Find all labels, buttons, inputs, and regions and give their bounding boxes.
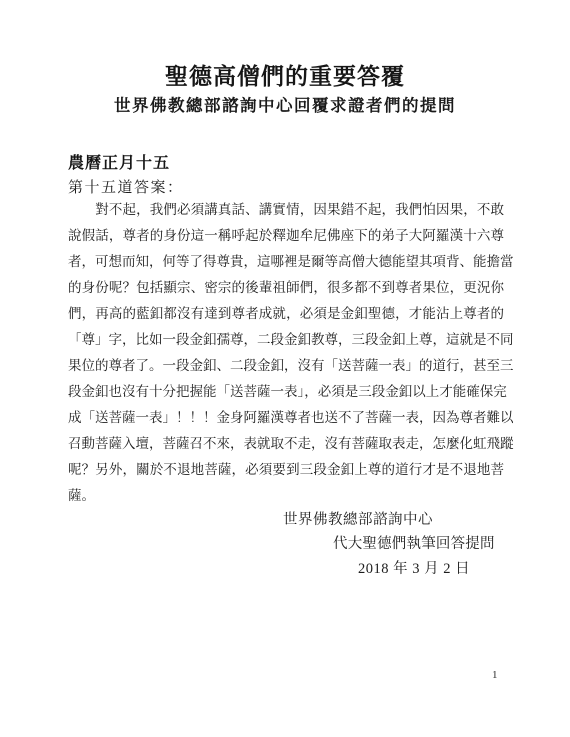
body-line: 召動菩薩入壇，菩薩召不來，表就取不走，沒有菩薩取表走，怎麼化虹飛蹤 <box>68 431 504 457</box>
body-line: 段金釦也沒有十分把握能「送菩薩一表」，必須是三段金釦以上才能確保完 <box>68 379 504 405</box>
answer-number-label: 第十五道答案： <box>68 176 184 197</box>
body-line: 對不起，我們必須講真話、講實情，因果錯不起，我們怕因果，不敢 <box>68 197 504 223</box>
body-line: 說假話，尊者的身份這一稱呼起於釋迦牟尼佛座下的弟子大阿羅漢十六尊 <box>68 223 504 249</box>
body-line: 薩。 <box>68 483 504 509</box>
signature-organization: 世界佛教總部諮詢中心 <box>283 508 433 529</box>
body-line: 的身份呢？包括顯宗、密宗的後輩祖師們，很多都不到尊者果位，更況你 <box>68 275 504 301</box>
body-paragraph: 對不起，我們必須講真話、講實情，因果錯不起，我們怕因果，不敢 說假話，尊者的身份… <box>68 197 504 509</box>
document-page: 聖德高僧們的重要答覆 世界佛教總部諮詢中心回覆求證者們的提問 農曆正月十五 第十… <box>0 0 570 737</box>
body-line: 呢？另外，關於不退地菩薩，必須要到三段金釦上尊的道行才是不退地菩 <box>68 457 504 483</box>
body-line: 果位的尊者了。一段金釦、二段金釦，沒有「送菩薩一表」的道行，甚至三 <box>68 353 504 379</box>
body-line: 成「送菩薩一表」！！！金身阿羅漢尊者也送不了菩薩一表，因為尊者難以 <box>68 405 504 431</box>
document-subtitle: 世界佛教總部諮詢中心回覆求證者們的提問 <box>0 92 570 116</box>
lunar-date-header: 農曆正月十五 <box>68 150 170 173</box>
signature-date: 2018 年 3 月 2 日 <box>358 557 470 578</box>
body-line: 「尊」字，比如一段金釦孺尊，二段金釦教尊，三段金釦上尊，這就是不同 <box>68 327 504 353</box>
signature-writer: 代大聖德們執筆回答提問 <box>333 532 495 553</box>
page-number: 1 <box>492 669 498 681</box>
body-line: 者，可想而知，何等了得尊貴，這哪裡是爾等高僧大德能望其項背、能擔當 <box>68 249 504 275</box>
document-title: 聖德高僧們的重要答覆 <box>0 58 570 91</box>
body-line: 們，再高的藍釦都沒有達到尊者成就，必須是金釦聖德，才能沾上尊者的 <box>68 301 504 327</box>
